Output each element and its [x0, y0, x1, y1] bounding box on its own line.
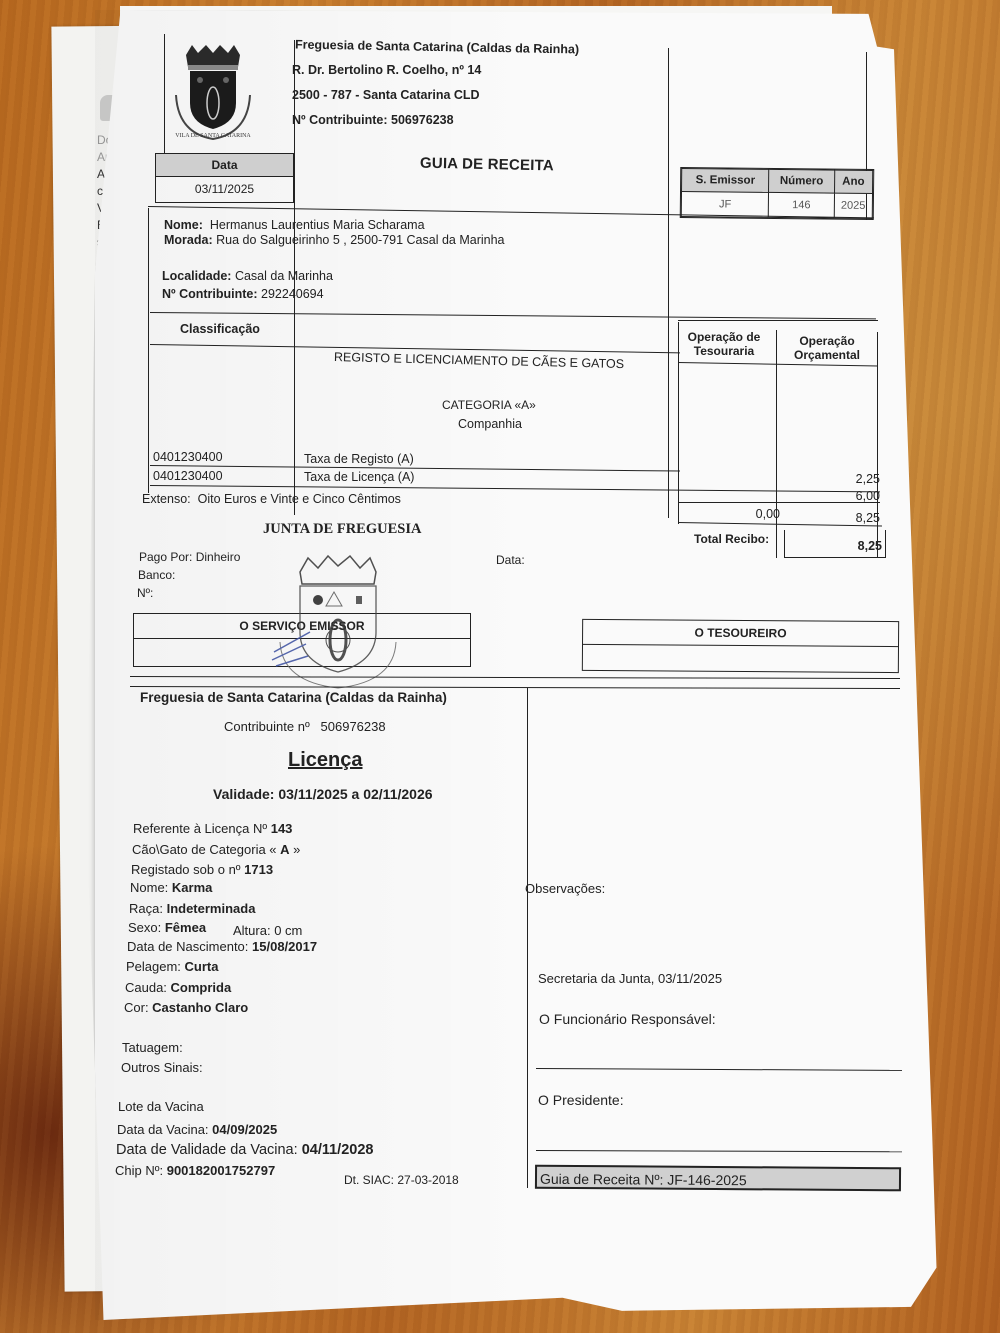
- frame-line: [784, 557, 886, 558]
- vaccine-validity: Data de Validade da Vacina: 04/11/2028: [116, 1142, 373, 1158]
- total-label: Total Recibo:: [694, 532, 769, 546]
- payment-number-label: Nº:: [137, 586, 153, 600]
- total-value: 8,25: [820, 539, 882, 553]
- license-validity: Validade: 03/11/2025 a 02/11/2026: [213, 786, 433, 802]
- pet-category: Cão\Gato de Categoria « A »: [132, 842, 300, 857]
- treasurer-signature-box: O TESOUREIRO: [582, 619, 899, 673]
- payer-address: Morada: Rua do Salgueirinho 5 , 2500-791…: [164, 233, 505, 247]
- pet-color: Cor: Castanho Claro: [124, 1000, 248, 1015]
- classification-header: Classificação: [180, 322, 260, 336]
- pet-breed: Raça: Indeterminada: [129, 901, 255, 916]
- frame-line: [885, 530, 886, 558]
- official-label: O Funcionário Responsável:: [539, 1011, 716, 1027]
- vaccine-lot-label: Lote da Vacina: [118, 1099, 204, 1114]
- items-category: CATEGORIA «A»: [442, 398, 536, 412]
- junta-label: JUNTA DE FREGUESIA: [263, 521, 421, 538]
- number-header: Número: [769, 169, 834, 193]
- budget-header: Operação Orçamental: [784, 334, 870, 362]
- pet-sex: Sexo: Fêmea: [128, 920, 206, 935]
- treasury-header: Operação de Tesouraria: [684, 330, 764, 358]
- chip-number: Chip Nº: 900182001752797: [115, 1163, 275, 1178]
- president-label: O Presidente:: [538, 1092, 624, 1108]
- item-description: Taxa de Registo (A): [304, 452, 414, 466]
- frame-line: [678, 322, 679, 524]
- payment-date-label: Data:: [496, 553, 525, 567]
- license-parish-name: Freguesia de Santa Catarina (Caldas da R…: [140, 690, 447, 705]
- parish-tax-id: Nº Contribuinte: 506976238: [292, 113, 454, 127]
- parish-address: R. Dr. Bertolino R. Coelho, nº 14: [292, 63, 481, 77]
- budget-total: 8,25: [820, 511, 880, 525]
- secretariat-date: Secretaria da Junta, 03/11/2025: [538, 971, 722, 986]
- bank-label: Banco:: [138, 568, 175, 582]
- date-label: Data: [156, 154, 293, 177]
- parish-postal-code: 2500 - 787 - Santa Catarina CLD: [292, 88, 480, 102]
- document-title: GUIA DE RECEITA: [420, 155, 554, 175]
- other-marks-label: Outros Sinais:: [121, 1060, 203, 1075]
- license-number: Referente à Licença Nº 143: [133, 821, 292, 836]
- frame-line: [164, 34, 165, 154]
- pet-tail: Cauda: Comprida: [125, 980, 231, 995]
- observations-label: Observações:: [525, 881, 605, 896]
- vaccine-date: Data da Vacina: 04/09/2025: [117, 1122, 277, 1137]
- item-code: 0401230400: [153, 450, 223, 464]
- frame-line: [148, 208, 149, 493]
- item-amount: 2,25: [820, 472, 880, 486]
- official-stamp-icon: [270, 552, 400, 692]
- pet-name: Nome: Karma: [130, 880, 212, 895]
- parish-crest-icon: VILA DE SANTA CATARINA: [172, 45, 254, 141]
- year-value: 2025: [834, 193, 873, 218]
- issuer-table: S. Emissor Número Ano JF 146 2025: [680, 167, 875, 220]
- paid-by: Pago Por: Dinheiro: [139, 550, 240, 564]
- payer-locality: Localidade: Casal da Marinha: [162, 269, 333, 283]
- number-value: 146: [769, 192, 834, 218]
- amount-in-words: Extenso: Oito Euros e Vinte e Cinco Cênt…: [142, 492, 401, 506]
- receipt-reference: Guia de Receita Nº: JF-146-2025: [535, 1165, 901, 1192]
- pet-birth-date: Data de Nascimento: 15/08/2017: [127, 939, 317, 954]
- treasury-total: 0,00: [720, 507, 780, 521]
- item-code: 0401230400: [153, 469, 223, 483]
- issuer-value: JF: [681, 192, 769, 218]
- items-subcategory: Companhia: [458, 417, 522, 431]
- pet-coat: Pelagem: Curta: [126, 959, 219, 974]
- date-box: Data 03/11/2025: [155, 153, 294, 203]
- license-title: Licença: [288, 749, 362, 772]
- year-header: Ano: [834, 170, 873, 193]
- tattoo-label: Tatuagem:: [122, 1040, 183, 1055]
- payer-tax-id: Nº Contribuinte: 292240694: [162, 287, 324, 301]
- license-tax-id: Contribuinte nº 506976238: [224, 719, 386, 734]
- item-amount: 6,00: [820, 489, 880, 503]
- item-description: Taxa de Licença (A): [304, 470, 414, 484]
- treasurer-signature-label: O TESOUREIRO: [583, 620, 898, 647]
- payer-name: Nome: Hermanus Laurentius Maria Scharama: [164, 218, 425, 232]
- column-divider: [527, 688, 528, 1188]
- registration-number: Registado sob o nº 1713: [131, 862, 273, 877]
- frame-line: [668, 48, 669, 518]
- siac-date: Dt. SIAC: 27-03-2018: [344, 1173, 459, 1187]
- date-value: 03/11/2025: [156, 177, 293, 201]
- frame-line: [784, 530, 785, 558]
- issuer-header: S. Emissor: [682, 169, 770, 193]
- pet-height: Altura: 0 cm: [233, 923, 302, 938]
- svg-text:VILA DE SANTA CATARINA: VILA DE SANTA CATARINA: [175, 133, 251, 139]
